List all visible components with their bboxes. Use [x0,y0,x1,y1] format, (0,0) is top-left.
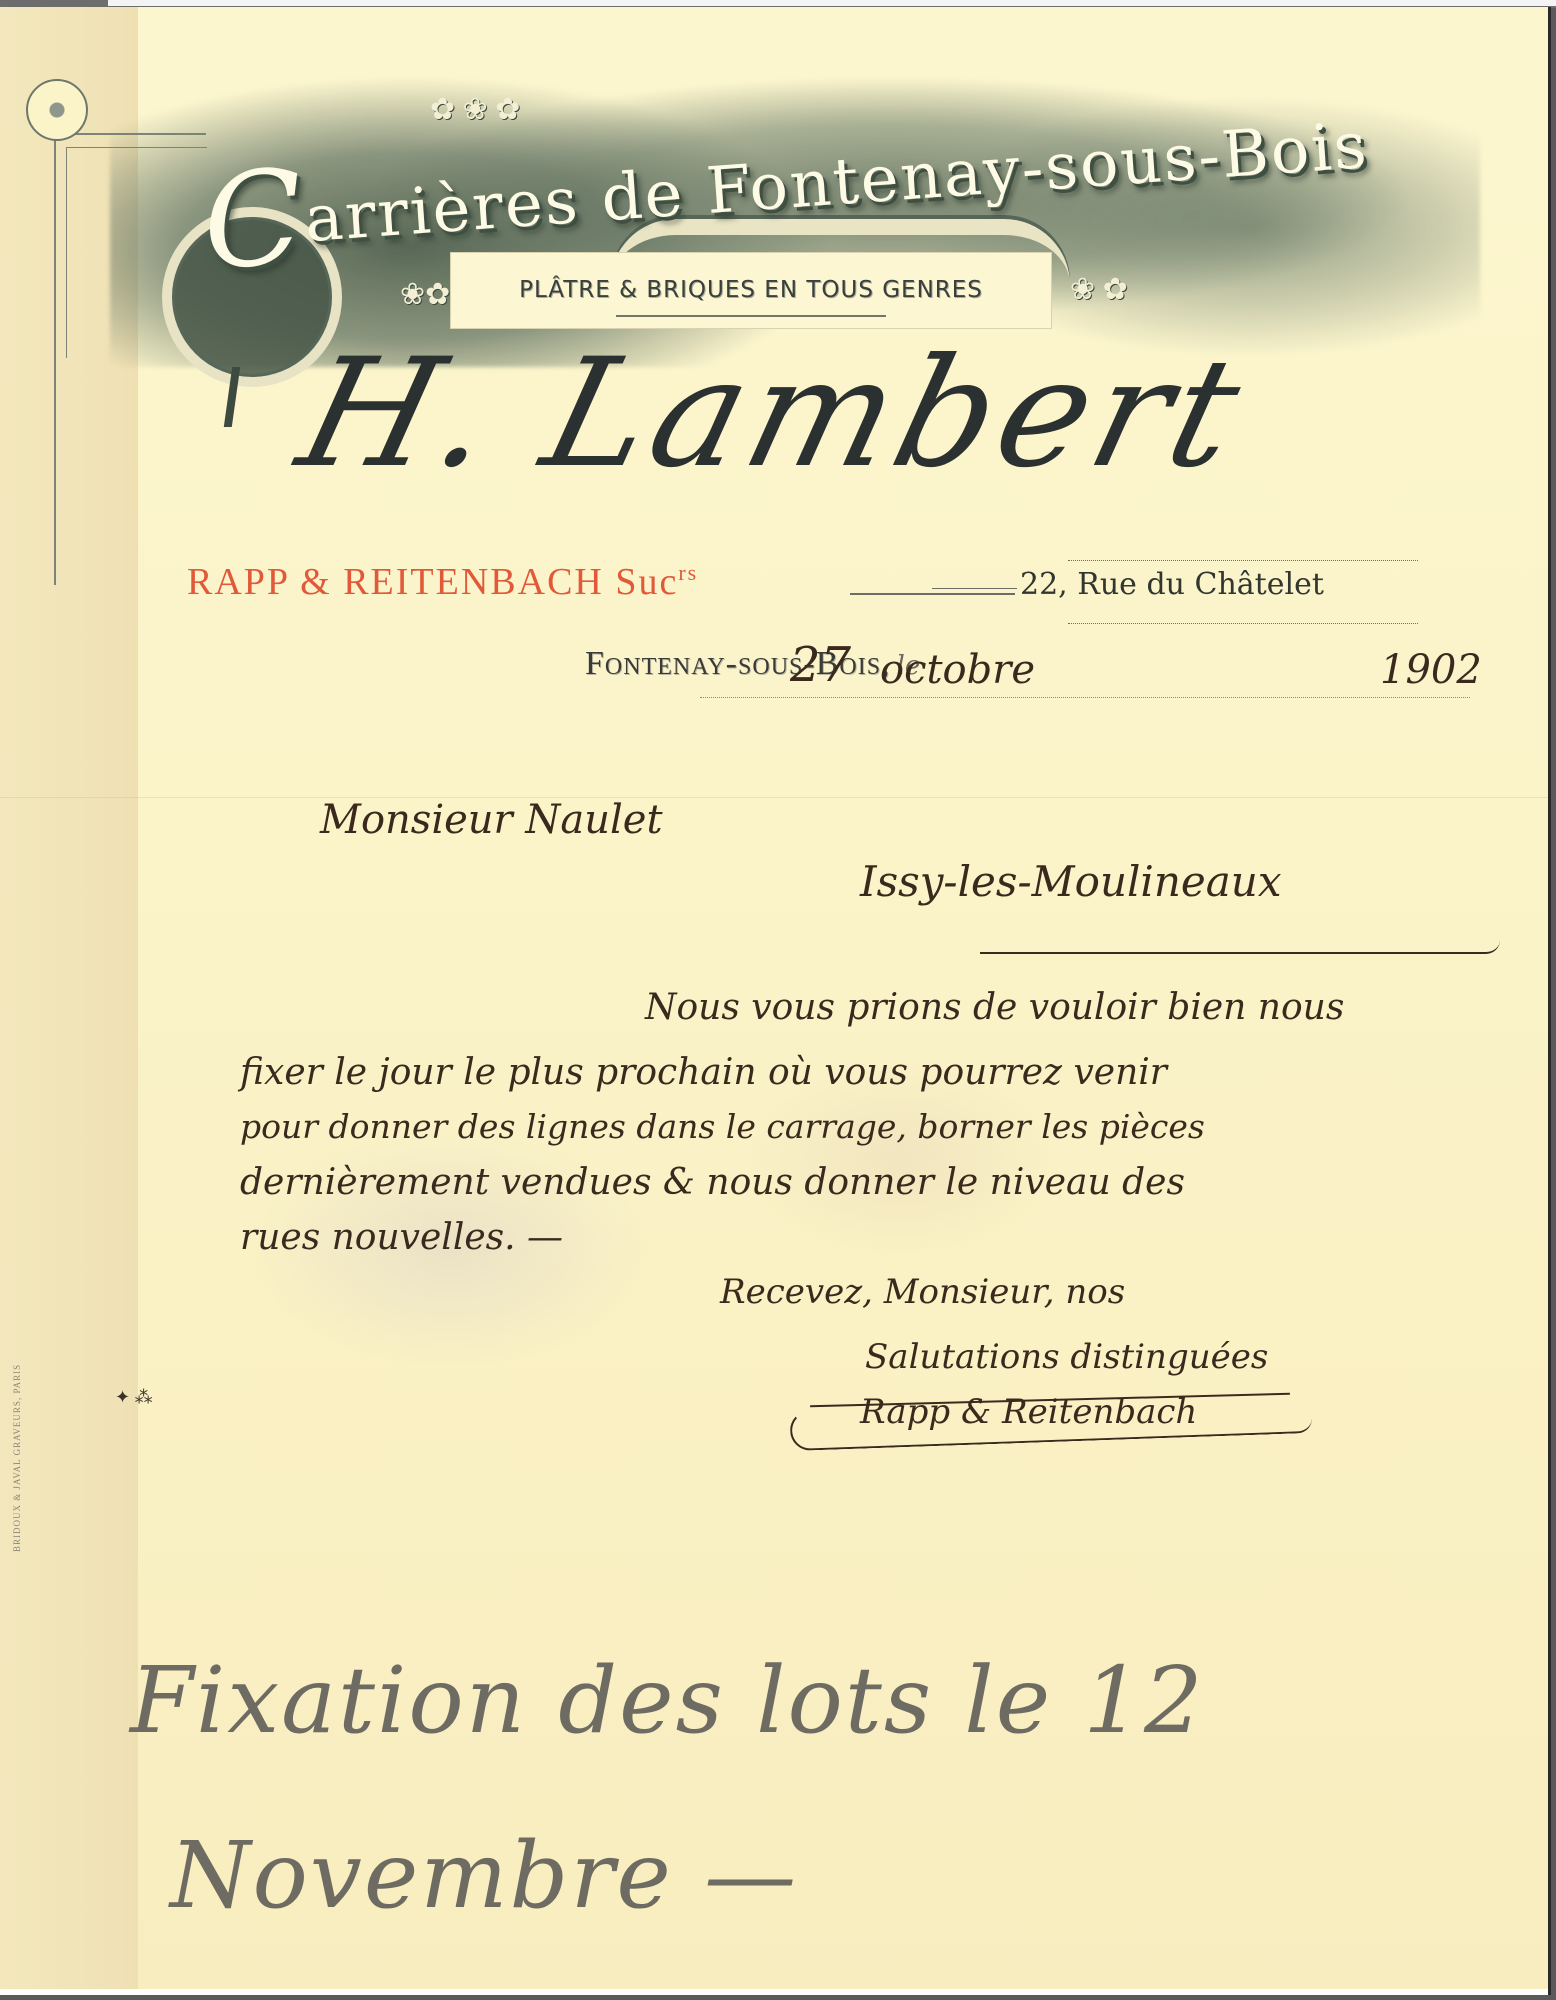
closing-line: Salutations distinguées [865,1337,1268,1377]
pencil-annotation-line: Novembre — [170,1822,798,1929]
flower-cluster-icon: ❀✿ [400,277,450,312]
recipient-city: Issy-les-Moulineaux [860,857,1282,906]
body-line: fixer le jour le plus prochain où vous p… [240,1052,1167,1093]
address-flourish-bottom [1068,623,1418,624]
ink-spot-marks: ✦ ⁂ [115,1387,153,1408]
scan-bottom-margin [0,1989,1548,1995]
successors-text: RAPP & REITENBACH Suc [187,561,678,603]
flower-sprig-icon: ✿ ❀ ✿ [430,92,520,127]
date-day: 27 [790,637,851,693]
ink-bleed-through [250,907,1250,1407]
rosette-ornament-icon [26,79,88,141]
recipient-underline [980,940,1500,954]
pencil-annotation-line: Fixation des lots le 12 [130,1647,1205,1754]
body-line: rues nouvelles. — [240,1217,563,1258]
closing-line: Recevez, Monsieur, nos [720,1272,1125,1312]
flower-sprig-icon: ❀ ✿ [1070,272,1128,307]
successors-line: RAPP & REITENBACH Sucrs [187,560,698,604]
body-line: Nous vous prions de vouloir bien nous [645,987,1344,1028]
printer-credit: BRIDOUX & JAVAL GRAVEURS, PARIS [12,1364,22,1552]
title-rest: arrières de Fontenay-sous-Bois [302,109,1370,257]
recipient-name: Monsieur Naulet [320,797,663,843]
street-address: 22, Rue du Châtelet [1020,567,1324,602]
signature: Rapp & Reitenbach [860,1392,1197,1432]
scan-top-margin [108,0,1556,6]
letter-page: Carrières de Fontenay-sous-Bois ✿ ❀ ✿ ❀✿… [0,7,1551,1995]
proprietor-name: H. Lambert [273,327,1478,547]
tagline: PLÂTRE & BRIQUES EN TOUS GENRES [451,277,1051,303]
body-line: pour donner des lignes dans le carrage, … [240,1107,1205,1146]
tagline-panel: PLÂTRE & BRIQUES EN TOUS GENRES [450,252,1052,329]
title-initial: C [198,140,310,299]
successors-superscript: rs [678,560,698,585]
date-month: octobre [880,647,1035,693]
fold-line [0,797,1548,798]
date-year: 1902 [1380,647,1482,693]
address-rule-double [932,588,1017,589]
tagline-rule [616,315,886,317]
place-line: Fontenay-sous-Bois,le [585,645,920,683]
body-line: dernièrement vendues & nous donner le ni… [240,1162,1185,1203]
date-dotted-line [700,697,1470,698]
address-flourish-top [1068,560,1418,561]
address-rule [850,593,1015,595]
